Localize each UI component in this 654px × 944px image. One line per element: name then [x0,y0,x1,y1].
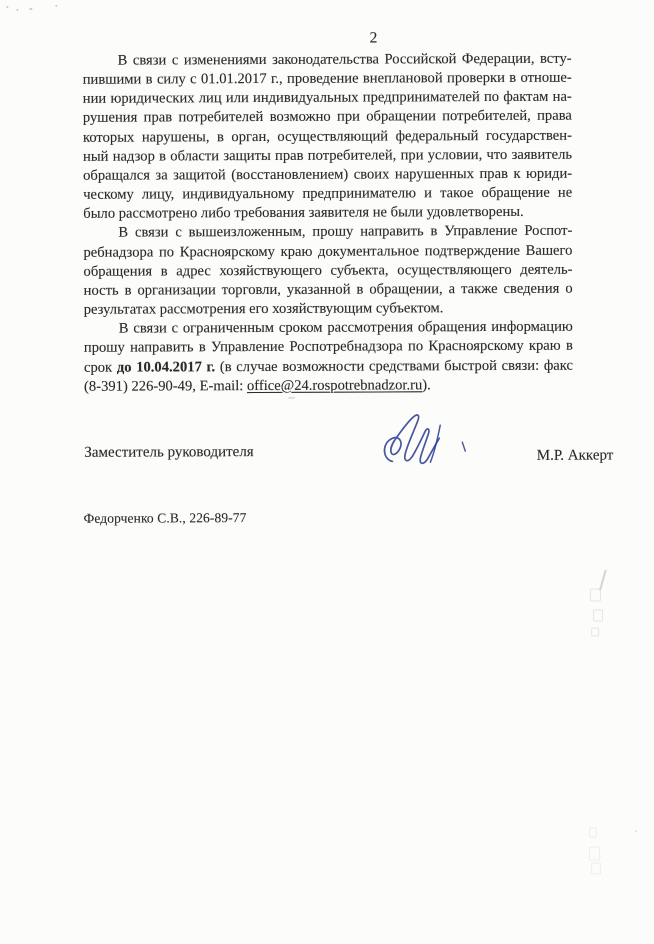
text-line: срок до 10.04.2017 г. (в случае возможно… [84,356,573,377]
text-line: результатах рассмотрения его хозяйствующ… [84,299,573,320]
text-segment: В связи с ограниченным сроком рассмотрен… [119,319,573,337]
scan-smudge [589,828,597,838]
text-segment: ). [422,377,431,393]
text-segment: обращения в адрес хозяйствующего субъект… [84,261,573,279]
text-segment: нии юридических лиц или индивидуальных п… [83,89,572,107]
text-line: нии юридических лиц или индивидуальных п… [83,88,572,109]
text-segment: ческому лицу, индивидуальному предприним… [83,185,572,203]
scan-smudge [591,628,599,637]
text-segment: пившими в силу с 01.01.2017 г., проведен… [83,70,572,88]
text-line: ность в организации торговли, указанной … [84,280,573,301]
text-segment: ный надзор в области защиты прав потреби… [83,146,572,164]
scan-speck [6,6,8,8]
text-segment: ребнадзора по Красноярскому краю докумен… [83,242,572,260]
text-line: ный надзор в области защиты прав потреби… [83,145,572,166]
paragraph: В связи с изменениями законодательства Р… [83,50,573,225]
text-line: рушения прав потребителей возможно при о… [83,107,572,128]
text-segment: (в случае возможности средствами быстрой… [215,357,573,375]
text-segment: (8-391) 226-90-49, E-mail: [84,378,247,395]
email-address: office@24.rospotrebnadzor.ru [247,377,422,394]
signoff-position-title: Заместитель руководителя [84,444,253,462]
scan-speck [29,8,32,10]
executor-contact: Федорченко С.В., 226-89-77 [84,510,247,527]
text-line: было рассмотрено либо требования заявите… [83,203,572,224]
text-segment: В связи с вышеизложенным, прошу направит… [118,223,572,241]
text-segment: до 10.04.2017 г. [117,359,215,375]
text-segment: результатах рассмотрения его хозяйствующ… [84,300,444,318]
paragraph: В связи с ограниченным сроком рассмотрен… [84,318,573,397]
text-line: прошу направить в Управление Роспотребна… [84,337,573,358]
scan-smudge [591,863,601,875]
text-line: В связи с ограниченным сроком рассмотрен… [84,318,573,339]
scan-speck [635,830,637,832]
scan-speck [16,9,18,11]
scan-smudge [590,589,601,602]
text-line: которых нарушены, в орган, осуществляющи… [83,126,572,147]
document-body: В связи с изменениями законодательства Р… [83,50,573,397]
handwritten-signature-icon [376,412,471,474]
scan-smudge [288,397,295,399]
text-line: обращения в адрес хозяйствующего субъект… [83,260,572,281]
text-segment: было рассмотрено либо требования заявите… [83,204,523,222]
text-line: обращался за защитой (восстановлением) с… [83,165,572,186]
paragraph: В связи с вышеизложенным, прошу направит… [83,222,572,320]
text-segment: которых нарушены, в орган, осуществляющи… [83,127,572,145]
text-line: В связи с изменениями законодательства Р… [83,50,572,71]
text-line: ребнадзора по Красноярскому краю докумен… [83,241,572,262]
text-segment: срок [84,359,117,375]
scan-smudge [599,570,606,591]
text-line: (8-391) 226-90-49, E-mail: office@24.ros… [84,375,573,396]
scan-smudge [589,847,600,861]
page-number: 2 [343,29,403,47]
scan-speck [55,5,57,7]
text-segment: В связи с изменениями законодательства Р… [118,51,572,69]
text-segment: рушения прав потребителей возможно при о… [83,108,572,126]
text-line: ческому лицу, индивидуальному предприним… [83,184,572,205]
text-segment: прошу направить в Управление Роспотребна… [84,338,573,356]
scanned-letter-page: 2 В связи с изменениями законодательства… [0,0,654,944]
scan-smudge [593,610,603,622]
text-segment: ность в организации торговли, указанной … [84,281,573,299]
text-line: В связи с вышеизложенным, прошу направит… [83,222,572,243]
text-line: пившими в силу с 01.01.2017 г., проведен… [83,69,572,90]
text-segment: обращался за защитой (восстановлением) с… [83,166,572,184]
signoff-signatory-name: М.Р. Аккерт [500,447,613,464]
